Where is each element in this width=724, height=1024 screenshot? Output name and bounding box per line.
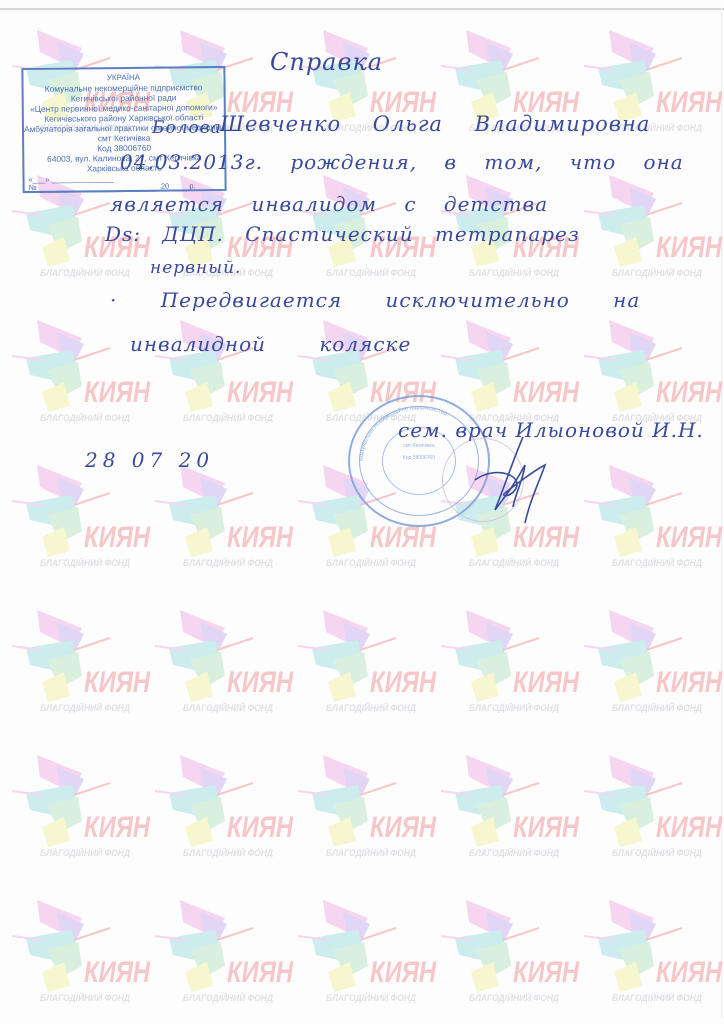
kyian-foundation-watermark: КИЯН БЛАГОДІЙНИЙ ФОНД — [155, 610, 295, 720]
svg-text:КИЯН: КИЯН — [513, 376, 580, 409]
svg-text:КИЯН: КИЯН — [227, 956, 294, 989]
svg-text:БЛАГОДІЙНИЙ ФОНД: БЛАГОДІЙНИЙ ФОНД — [612, 847, 702, 858]
svg-text:КИЯН: КИЯН — [656, 521, 723, 554]
kyian-foundation-watermark: КИЯН БЛАГОДІЙНИЙ ФОНД — [155, 465, 295, 575]
svg-text:БЛАГОДІЙНИЙ ФОНД: БЛАГОДІЙНИЙ ФОНД — [612, 557, 702, 568]
kyian-foundation-watermark: КИЯН БЛАГОДІЙНИЙ ФОНД — [584, 610, 724, 720]
svg-text:БЛАГОДІЙНИЙ ФОНД: БЛАГОДІЙНИЙ ФОНД — [183, 847, 273, 858]
svg-text:КИЯН: КИЯН — [84, 956, 151, 989]
svg-text:БЛАГОДІЙНИЙ ФОНД: БЛАГОДІЙНИЙ ФОНД — [40, 412, 130, 423]
svg-text:БЛАГОДІЙНИЙ ФОНД: БЛАГОДІЙНИЙ ФОНД — [612, 702, 702, 713]
document-title: Справка — [270, 48, 383, 76]
svg-text:БЛАГОДІЙНИЙ ФОНД: БЛАГОДІЙНИЙ ФОНД — [326, 847, 416, 858]
svg-text:БЛАГОДІЙНИЙ ФОНД: БЛАГОДІЙНИЙ ФОНД — [469, 267, 559, 278]
svg-text:КИЯН: КИЯН — [656, 811, 723, 844]
svg-text:БЛАГОДІЙНИЙ ФОНД: БЛАГОДІЙНИЙ ФОНД — [326, 557, 416, 568]
origami-bird-icon: КИЯН БЛАГОДІЙНИЙ ФОНД — [584, 465, 724, 575]
origami-bird-icon: КИЯН БЛАГОДІЙНИЙ ФОНД — [584, 175, 724, 285]
body-line: инвалидной коляске — [130, 332, 411, 356]
kyian-foundation-watermark: КИЯН БЛАГОДІЙНИЙ ФОНД — [441, 900, 581, 1010]
svg-text:КИЯН: КИЯН — [513, 811, 580, 844]
svg-text:БЛАГОДІЙНИЙ ФОНД: БЛАГОДІЙНИЙ ФОНД — [183, 412, 273, 423]
body-line: · Передвигается исключительно на — [110, 288, 640, 312]
svg-text:БЛАГОДІЙНИЙ ФОНД: БЛАГОДІЙНИЙ ФОНД — [326, 702, 416, 713]
svg-text:КИЯН: КИЯН — [656, 376, 723, 409]
svg-text:КИЯН: КИЯН — [513, 521, 580, 554]
svg-text:КИЯН: КИЯН — [370, 811, 437, 844]
svg-text:БЛАГОДІЙНИЙ ФОНД: БЛАГОДІЙНИЙ ФОНД — [40, 702, 130, 713]
origami-bird-icon: КИЯН БЛАГОДІЙНИЙ ФОНД — [298, 755, 438, 865]
svg-text:КИЯН: КИЯН — [370, 666, 437, 699]
origami-bird-icon: КИЯН БЛАГОДІЙНИЙ ФОНД — [155, 610, 295, 720]
origami-bird-icon: КИЯН БЛАГОДІЙНИЙ ФОНД — [584, 900, 724, 1010]
kyian-foundation-watermark: КИЯН БЛАГОДІЙНИЙ ФОНД — [12, 755, 152, 865]
stamp-year-prefix: 20 — [161, 182, 169, 191]
kyian-foundation-watermark: КИЯН БЛАГОДІЙНИЙ ФОНД — [12, 900, 152, 1010]
svg-text:БЛАГОДІЙНИЙ ФОНД: БЛАГОДІЙНИЙ ФОНД — [469, 847, 559, 858]
body-line: нервный. — [150, 258, 241, 278]
kyian-foundation-watermark: КИЯН БЛАГОДІЙНИЙ ФОНД — [584, 175, 724, 285]
kyian-foundation-watermark: КИЯН БЛАГОДІЙНИЙ ФОНД — [584, 465, 724, 575]
kyian-foundation-watermark: КИЯН БЛАГОДІЙНИЙ ФОНД — [155, 755, 295, 865]
svg-text:БЛАГОДІЙНИЙ ФОНД: БЛАГОДІЙНИЙ ФОНД — [612, 992, 702, 1003]
svg-text:КИЯН: КИЯН — [84, 666, 151, 699]
svg-text:КИЯН: КИЯН — [227, 666, 294, 699]
svg-text:КИЯН: КИЯН — [227, 376, 294, 409]
origami-bird-icon: КИЯН БЛАГОДІЙНИЙ ФОНД — [584, 610, 724, 720]
origami-bird-icon: КИЯН БЛАГОДІЙНИЙ ФОНД — [12, 900, 152, 1010]
svg-text:БЛАГОДІЙНИЙ ФОНД: БЛАГОДІЙНИЙ ФОНД — [40, 992, 130, 1003]
svg-text:КИЯН: КИЯН — [513, 956, 580, 989]
svg-text:БЛАГОДІЙНИЙ ФОНД: БЛАГОДІЙНИЙ ФОНД — [326, 992, 416, 1003]
kyian-foundation-watermark: КИЯН БЛАГОДІЙНИЙ ФОНД — [584, 900, 724, 1010]
origami-bird-icon: КИЯН БЛАГОДІЙНИЙ ФОНД — [155, 900, 295, 1010]
seal-center-line: смт Кегичівка — [403, 443, 435, 449]
svg-text:КИЯН: КИЯН — [227, 811, 294, 844]
name-prefix: Болова — [152, 118, 222, 138]
origami-bird-icon: КИЯН БЛАГОДІЙНИЙ ФОНД — [298, 610, 438, 720]
kyian-foundation-watermark: КИЯН БЛАГОДІЙНИЙ ФОНД — [584, 755, 724, 865]
svg-text:БЛАГОДІЙНИЙ ФОНД: БЛАГОДІЙНИЙ ФОНД — [183, 702, 273, 713]
kyian-foundation-watermark: КИЯН БЛАГОДІЙНИЙ ФОНД — [298, 610, 438, 720]
svg-text:КИЯН: КИЯН — [227, 521, 294, 554]
seal-center-line: Код 38006760 — [403, 455, 435, 461]
origami-bird-icon: КИЯН БЛАГОДІЙНИЙ ФОНД — [441, 755, 581, 865]
kyian-foundation-watermark: КИЯН БЛАГОДІЙНИЙ ФОНД — [298, 755, 438, 865]
origami-bird-icon: КИЯН БЛАГОДІЙНИЙ ФОНД — [12, 610, 152, 720]
origami-bird-icon: КИЯН БЛАГОДІЙНИЙ ФОНД — [12, 465, 152, 575]
kyian-foundation-watermark: КИЯН БЛАГОДІЙНИЙ ФОНД — [441, 610, 581, 720]
origami-bird-icon: КИЯН БЛАГОДІЙНИЙ ФОНД — [12, 755, 152, 865]
body-line: Шевченко Ольга Владимировна — [220, 112, 650, 136]
document-date: 28 07 20 — [85, 448, 214, 472]
signature-scribble-icon — [455, 435, 570, 525]
kyian-foundation-watermark: КИЯН БЛАГОДІЙНИЙ ФОНД — [441, 755, 581, 865]
svg-text:БЛАГОДІЙНИЙ ФОНД: БЛАГОДІЙНИЙ ФОНД — [183, 557, 273, 568]
svg-text:БЛАГОДІЙНИЙ ФОНД: БЛАГОДІЙНИЙ ФОНД — [469, 702, 559, 713]
stamp-year-suffix: р. — [189, 181, 195, 190]
svg-text:БЛАГОДІЙНИЙ ФОНД: БЛАГОДІЙНИЙ ФОНД — [469, 992, 559, 1003]
svg-text:КИЯН: КИЯН — [656, 231, 723, 264]
svg-text:КИЯН: КИЯН — [656, 86, 723, 119]
kyian-foundation-watermark: КИЯН БЛАГОДІЙНИЙ ФОНД — [155, 900, 295, 1010]
svg-text:КИЯН: КИЯН — [84, 376, 151, 409]
origami-bird-icon: КИЯН БЛАГОДІЙНИЙ ФОНД — [584, 320, 724, 430]
svg-text:БЛАГОДІЙНИЙ ФОНД: БЛАГОДІЙНИЙ ФОНД — [326, 267, 416, 278]
svg-text:БЛАГОДІЙНИЙ ФОНД: БЛАГОДІЙНИЙ ФОНД — [40, 557, 130, 568]
origami-bird-icon: КИЯН БЛАГОДІЙНИЙ ФОНД — [155, 465, 295, 575]
kyian-foundation-watermark: КИЯН БЛАГОДІЙНИЙ ФОНД — [12, 610, 152, 720]
origami-bird-icon: КИЯН БЛАГОДІЙНИЙ ФОНД — [298, 900, 438, 1010]
kyian-foundation-watermark: КИЯН БЛАГОДІЙНИЙ ФОНД — [298, 900, 438, 1010]
origami-bird-icon: КИЯН БЛАГОДІЙНИЙ ФОНД — [441, 900, 581, 1010]
svg-text:КИЯН: КИЯН — [84, 811, 151, 844]
body-line: 04.03.2013г. рождения, в том, что она — [120, 150, 684, 174]
svg-text:БЛАГОДІЙНИЙ ФОНД: БЛАГОДІЙНИЙ ФОНД — [40, 847, 130, 858]
svg-text:КИЯН: КИЯН — [370, 956, 437, 989]
svg-text:БЛАГОДІЙНИЙ ФОНД: БЛАГОДІЙНИЙ ФОНД — [40, 267, 130, 278]
svg-text:БЛАГОДІЙНИЙ ФОНД: БЛАГОДІЙНИЙ ФОНД — [183, 992, 273, 1003]
stamp-year-blank — [171, 183, 187, 191]
stamp-number-label: № — [29, 183, 37, 192]
svg-text:КИЯН: КИЯН — [84, 521, 151, 554]
origami-bird-icon: КИЯН БЛАГОДІЙНИЙ ФОНД — [584, 755, 724, 865]
origami-bird-icon: КИЯН БЛАГОДІЙНИЙ ФОНД — [155, 755, 295, 865]
body-line: является инвалидом с детства — [110, 192, 548, 216]
kyian-foundation-watermark: КИЯН БЛАГОДІЙНИЙ ФОНД — [584, 320, 724, 430]
svg-text:БЛАГОДІЙНИЙ ФОНД: БЛАГОДІЙНИЙ ФОНД — [612, 267, 702, 278]
origami-bird-icon: КИЯН БЛАГОДІЙНИЙ ФОНД — [441, 610, 581, 720]
svg-text:БЛАГОДІЙНИЙ ФОНД: БЛАГОДІЙНИЙ ФОНД — [469, 557, 559, 568]
svg-text:КИЯН: КИЯН — [513, 666, 580, 699]
svg-text:КИЯН: КИЯН — [656, 666, 723, 699]
kyian-foundation-watermark: КИЯН БЛАГОДІЙНИЙ ФОНД — [12, 465, 152, 575]
svg-text:КИЯН: КИЯН — [656, 956, 723, 989]
diagnosis-line: Ds: ДЦП. Спастический тетрапарез — [105, 222, 580, 246]
